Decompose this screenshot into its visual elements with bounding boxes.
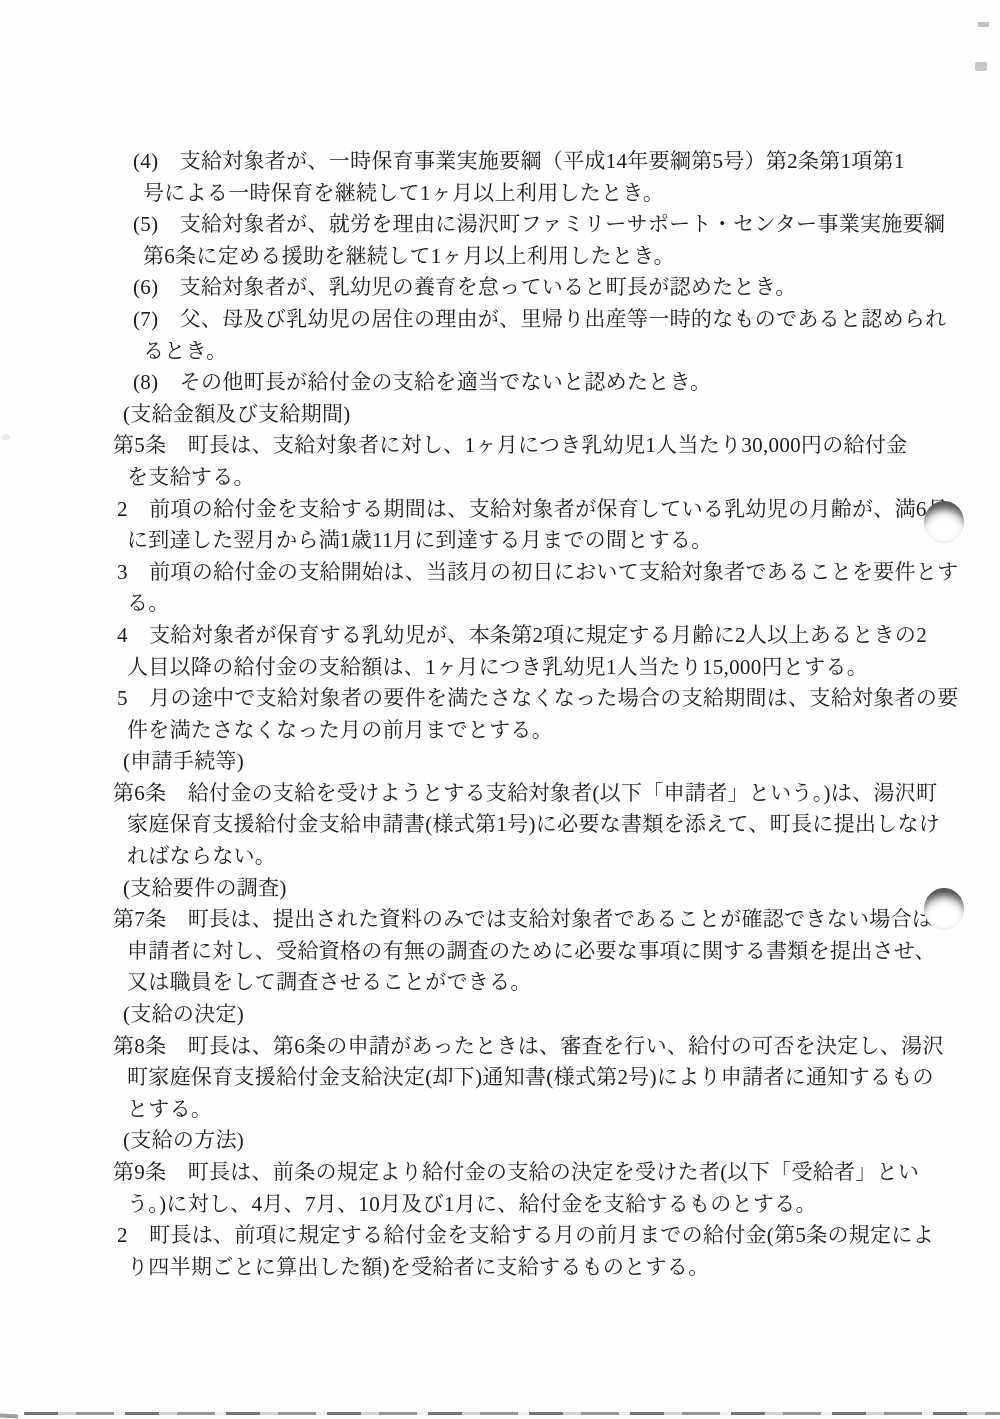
document-line: (申請手続等) (113, 746, 913, 778)
scan-edge-artifact (24, 1412, 1000, 1415)
scan-speck (978, 22, 989, 27)
document-line: り四半期ごとに算出した額)を受給者に支給するものとする。 (113, 1252, 913, 1284)
scan-speck (975, 62, 987, 71)
document-line: 3 前項の給付金の支給開始は、当該月の初日において支給対象者であることを要件とす (113, 557, 913, 589)
document-line: (6) 支給対象者が、乳幼児の養育を怠っていると町長が認めたとき。 (113, 272, 913, 304)
document-line: 2 前項の給付金を支給する期間は、支給対象者が保育している乳幼児の月齢が、満6月 (113, 494, 913, 526)
document-line: に到達した翌月から満1歳11月に到達する月までの間とする。 (113, 525, 913, 557)
document-line: るとき。 (113, 336, 913, 368)
punch-hole-shadow-top (924, 501, 964, 543)
document-line: を支給する。 (113, 462, 913, 494)
document-line: 第7条 町長は、提出された資料のみでは支給対象者であることが確認できない場合は、 (113, 904, 913, 936)
document-line: (4) 支給対象者が、一時保育事業実施要綱（平成14年要綱第5号）第2条第1項第… (113, 146, 913, 178)
document-line: (7) 父、母及び乳幼児の居住の理由が、里帰り出産等一時的なものであると認められ (113, 304, 913, 336)
scanned-document-page: (4) 支給対象者が、一時保育事業実施要綱（平成14年要綱第5号）第2条第1項第… (0, 0, 1000, 1419)
document-line: (8) その他町長が給付金の支給を適当でないと認めたとき。 (113, 367, 913, 399)
document-text-block: (4) 支給対象者が、一時保育事業実施要綱（平成14年要綱第5号）第2条第1項第… (113, 146, 913, 1283)
document-line: 第6条 給付金の支給を受けようとする支給対象者(以下「申請者」という。)は、湯沢… (113, 778, 913, 810)
document-line: 件を満たさなくなった月の前月までとする。 (113, 715, 913, 747)
document-line: 号による一時保育を継続して1ヶ月以上利用したとき。 (113, 178, 913, 210)
document-line: (5) 支給対象者が、就労を理由に湯沢町ファミリーサポート・センター事業実施要綱 (113, 209, 913, 241)
document-line: 家庭保育支援給付金支給申請書(様式第1号)に必要な書類を添えて、町長に提出しなけ (113, 809, 913, 841)
document-line: 申請者に対し、受給資格の有無の調査のために必要な事項に関する書類を提出させ、 (113, 936, 913, 968)
document-line: (支給金額及び支給期間) (113, 399, 913, 431)
document-line: 2 町長は、前項に規定する給付金を支給する月の前月までの給付金(第5条の規定によ (113, 1220, 913, 1252)
document-line: (支給の方法) (113, 1125, 913, 1157)
document-line: とする。 (113, 1094, 913, 1126)
document-line: る。 (113, 588, 913, 620)
scan-speck (1, 434, 10, 440)
document-line: 第5条 町長は、支給対象者に対し、1ヶ月につき乳幼児1人当たり30,000円の給… (113, 430, 913, 462)
scan-corner-artifact (0, 1414, 18, 1419)
document-line: う。)に対し、4月、7月、10月及び1月に、給付金を支給するものとする。 (113, 1189, 913, 1221)
document-line: 人目以降の給付金の支給額は、1ヶ月につき乳幼児1人当たり15,000円とする。 (113, 652, 913, 684)
document-line: 5 月の途中で支給対象者の要件を満たさなくなった場合の支給期間は、支給対象者の要 (113, 683, 913, 715)
document-line: 町家庭保育支援給付金支給決定(却下)通知書(様式第2号)により申請者に通知するも… (113, 1062, 913, 1094)
document-line: 第6条に定める援助を継続して1ヶ月以上利用したとき。 (113, 241, 913, 273)
document-line: 第9条 町長は、前条の規定より給付金の支給の決定を受けた者(以下「受給者」とい (113, 1157, 913, 1189)
document-line: (支給要件の調査) (113, 873, 913, 905)
document-line: 又は職員をして調査させることができる。 (113, 967, 913, 999)
punch-hole-shadow-bottom (924, 888, 964, 930)
document-line: 第8条 町長は、第6条の申請があったときは、審査を行い、給付の可否を決定し、湯沢 (113, 1031, 913, 1063)
document-line: 4 支給対象者が保育する乳幼児が、本条第2項に規定する月齢に2人以上あるときの2 (113, 620, 913, 652)
document-line: (支給の決定) (113, 999, 913, 1031)
document-line: ればならない。 (113, 841, 913, 873)
